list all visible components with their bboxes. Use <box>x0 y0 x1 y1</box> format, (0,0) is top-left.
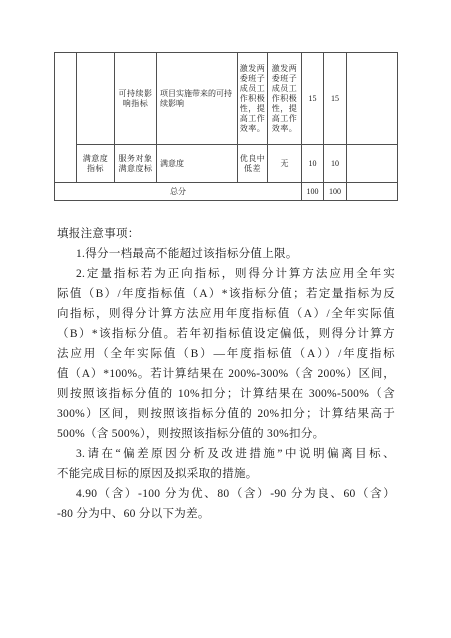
note-line: 3.请在“偏差原因分析及改进措施”中说明偏离目标、 <box>57 444 395 464</box>
cell-satisfaction-points: 10 <box>302 145 324 183</box>
note-line: 2.定量指标若为正向指标，则得分计算方法应用全年实 <box>57 264 395 284</box>
cell-total-points: 100 <box>302 183 324 201</box>
cell-satisfaction-score: 10 <box>324 145 347 183</box>
note-line: 际值（B）/年度指标值（A）*该指标分值；若定量指标为反 <box>57 284 395 304</box>
note-line: 不能完成目标的原因及拟采取的措施。 <box>57 464 395 484</box>
cell-sustainability-annual-actual: 激发两委班子成员工作积极性，提高工作效率。 <box>268 53 302 145</box>
cell-satisfaction-subcategory: 服务对象满意度标 <box>115 145 157 183</box>
cell-satisfaction-category: 满意度指标 <box>77 145 115 183</box>
cell-sustainability-annual-target: 激发两委班子成员工作积极性，提高工作效率。 <box>238 53 268 145</box>
cell-satisfaction-annual-target: 优良中低差 <box>238 145 268 183</box>
performance-indicator-table: 可持续影响指标 项目实施带来的可持续影响 激发两委班子成员工作积极性，提高工作效… <box>54 52 398 201</box>
cell-satisfaction-indicator-name: 满意度 <box>157 145 238 183</box>
note-line: 4.90（含）-100 分为优、80（含）-90 分为良、60（含） <box>57 484 395 504</box>
cell-satisfaction-deviation-blank <box>347 145 398 183</box>
notes-heading: 填报注意事项： <box>57 224 395 244</box>
cell-level1-category-blank <box>55 53 77 183</box>
cell-total-deviation-blank <box>347 183 398 201</box>
cell-sustainability-deviation-blank <box>347 53 398 145</box>
note-line: 1.得分一档最高不能超过该指标分值上限。 <box>57 244 395 264</box>
note-line: 法应用（全年实际值（B）—年度指标值（A））/年度指标 <box>57 344 395 364</box>
note-line: （B）*该指标分值。若年初指标值设定偏低，则得分计算方 <box>57 324 395 344</box>
cell-total-label: 总分 <box>55 183 302 201</box>
note-line: 则按照该指标分值的 10%扣分；计算结果在 300%-500%（含 <box>57 384 395 404</box>
cell-satisfaction-annual-actual: 无 <box>268 145 302 183</box>
cell-sustainability-score: 15 <box>324 53 347 145</box>
note-line: -80 分为中、60 分以下为差。 <box>57 504 395 524</box>
document-page: 可持续影响指标 项目实施带来的可持续影响 激发两委班子成员工作积极性，提高工作效… <box>0 0 451 638</box>
cell-sustainability-indicator-name: 项目实施带来的可持续影响 <box>157 53 238 145</box>
note-line: 向指标，则得分计算方法应用年度指标值（A）/全年实际值 <box>57 304 395 324</box>
note-line: 300%）区间，则按照该指标分值的 20%扣分；计算结果高于 <box>57 404 395 424</box>
cell-level2-category-blank <box>77 53 115 145</box>
notes-section: 填报注意事项： 1.得分一档最高不能超过该指标分值上限。 2.定量指标若为正向指… <box>57 224 395 524</box>
cell-total-score: 100 <box>324 183 347 201</box>
cell-sustainability-category: 可持续影响指标 <box>115 53 157 145</box>
cell-sustainability-points: 15 <box>302 53 324 145</box>
note-line: 500%（含 500%），则按照该指标分值的 30%扣分。 <box>57 424 395 444</box>
note-line: 值（A）*100%。若计算结果在 200%-300%（含 200%）区间， <box>57 364 395 384</box>
